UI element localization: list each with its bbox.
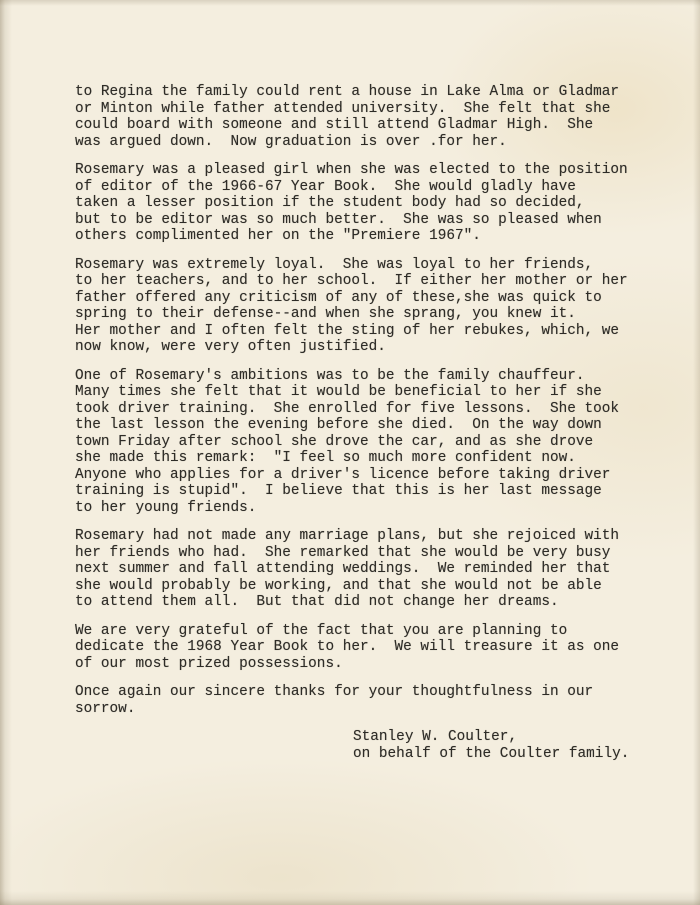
letter-paragraph: We are very grateful of the fact that yo… bbox=[75, 623, 680, 673]
letter-paragraph: Rosemary was extremely loyal. She was lo… bbox=[75, 257, 680, 356]
signature-name: Stanley W. Coulter, bbox=[353, 729, 680, 746]
signature-block: Stanley W. Coulter, on behalf of the Cou… bbox=[353, 729, 680, 762]
letter-paragraph: Rosemary was a pleased girl when she was… bbox=[75, 162, 680, 245]
letter-body: to Regina the family could rent a house … bbox=[75, 84, 680, 762]
signature-behalf: on behalf of the Coulter family. bbox=[353, 746, 680, 763]
letter-page: to Regina the family could rent a house … bbox=[0, 0, 700, 905]
letter-paragraph: Rosemary had not made any marriage plans… bbox=[75, 528, 680, 611]
letter-paragraph: Once again our sincere thanks for your t… bbox=[75, 684, 680, 717]
letter-paragraph: One of Rosemary's ambitions was to be th… bbox=[75, 368, 680, 517]
letter-paragraph: to Regina the family could rent a house … bbox=[75, 84, 680, 150]
